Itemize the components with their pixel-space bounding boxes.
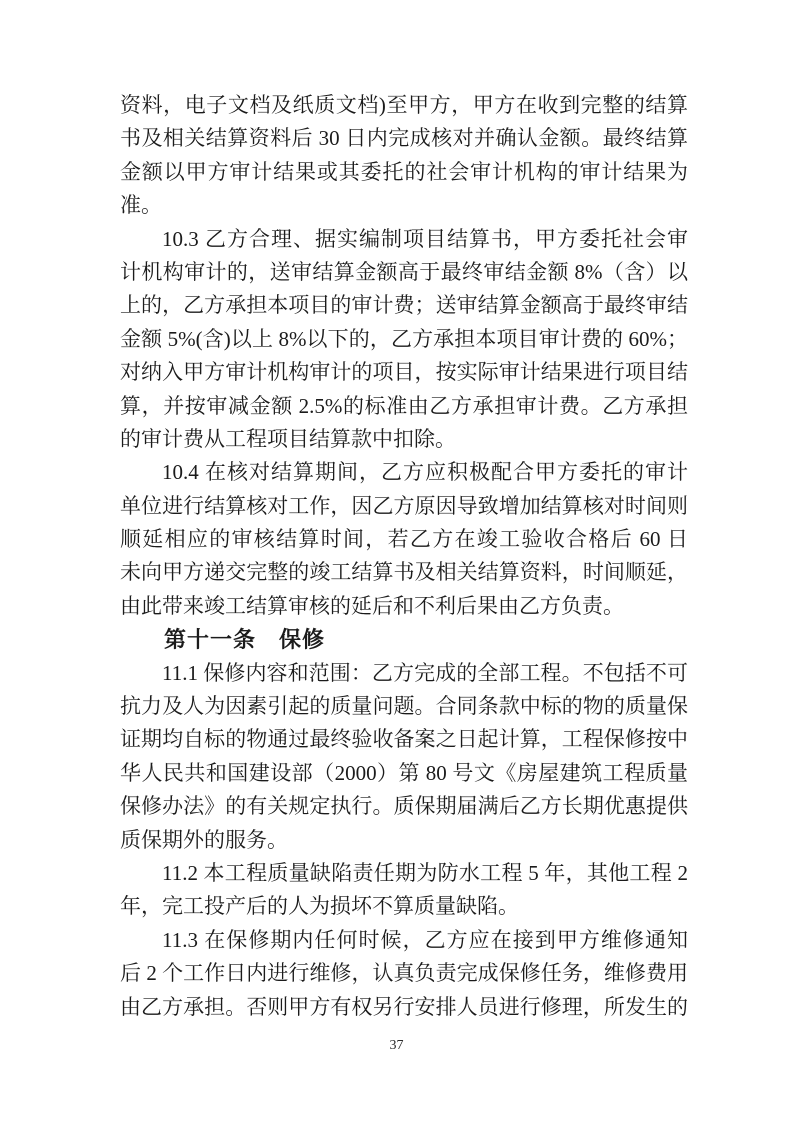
text-line: 保修办法》的有关规定执行。质保期届满后乙方长期优惠提供 bbox=[120, 790, 688, 823]
text-line: 准。 bbox=[120, 189, 688, 222]
text-line: 质保期外的服务。 bbox=[120, 824, 688, 857]
paragraph-clause-11-1: 11.1 保修内容和范围：乙方完成的全部工程。不包括不可 抗力及人为因素引起的质… bbox=[120, 657, 688, 857]
text-line: 11.1 保修内容和范围：乙方完成的全部工程。不包括不可 bbox=[120, 657, 688, 690]
page-number: 37 bbox=[0, 1038, 793, 1054]
text-line: 10.4 在核对结算期间，乙方应积极配合甲方委托的审计 bbox=[120, 456, 688, 489]
section-heading-article-11: 第十一条 保修 bbox=[120, 623, 688, 656]
document-page: { "doc": { "p1": { "lines": [ "资料，电子文档及纸… bbox=[0, 0, 793, 1122]
text-line: 金额 5%(含)以上 8%以下的，乙方承担本项目审计费的 60%； bbox=[120, 323, 688, 356]
text-block: 资料，电子文档及纸质文档)至甲方，甲方在收到完整的结算 书及相关结算资料后 30… bbox=[120, 89, 688, 1024]
text-line: 华人民共和国建设部（2000）第 80 号文《房屋建筑工程质量 bbox=[120, 757, 688, 790]
paragraph-clause-11-3: 11.3 在保修期内任何时候，乙方应在接到甲方维修通知 后 2 个工作日内进行维… bbox=[120, 924, 688, 1024]
text-line: 的审计费从工程项目结算款中扣除。 bbox=[120, 423, 688, 456]
text-line: 由乙方承担。否则甲方有权另行安排人员进行修理，所发生的 bbox=[120, 991, 688, 1024]
text-line: 11.2 本工程质量缺陷责任期为防水工程 5 年，其他工程 2 bbox=[120, 857, 688, 890]
text-line: 上的，乙方承担本项目的审计费；送审结算金额高于最终审结 bbox=[120, 289, 688, 322]
text-line: 书及相关结算资料后 30 日内完成核对并确认金额。最终结算 bbox=[120, 122, 688, 155]
paragraph-clause-10-2-continuation: 资料，电子文档及纸质文档)至甲方，甲方在收到完整的结算 书及相关结算资料后 30… bbox=[120, 89, 688, 223]
text-line: 顺延相应的审核结算时间，若乙方在竣工验收合格后 60 日内， bbox=[120, 523, 688, 556]
paragraph-clause-10-3: 10.3 乙方合理、据实编制项目结算书，甲方委托社会审 计机构审计的，送审结算金… bbox=[120, 223, 688, 457]
text-line: 金额以甲方审计结果或其委托的社会审计机构的审计结果为 bbox=[120, 156, 688, 189]
text-line: 11.3 在保修期内任何时候，乙方应在接到甲方维修通知 bbox=[120, 924, 688, 957]
text-line: 资料，电子文档及纸质文档)至甲方，甲方在收到完整的结算 bbox=[120, 89, 688, 122]
text-line: 年，完工投产后的人为损坏不算质量缺陷。 bbox=[120, 890, 688, 923]
text-line: 计机构审计的，送审结算金额高于最终审结金额 8%（含）以 bbox=[120, 256, 688, 289]
paragraph-clause-11-2: 11.2 本工程质量缺陷责任期为防水工程 5 年，其他工程 2 年，完工投产后的… bbox=[120, 857, 688, 924]
text-line: 证期均自标的物通过最终验收备案之日起计算，工程保修按中 bbox=[120, 723, 688, 756]
text-line: 抗力及人为因素引起的质量问题。合同条款中标的物的质量保 bbox=[120, 690, 688, 723]
text-line: 算，并按审减金额 2.5%的标准由乙方承担审计费。乙方承担 bbox=[120, 390, 688, 423]
text-line: 未向甲方递交完整的竣工结算书及相关结算资料，时间顺延， bbox=[120, 556, 688, 589]
text-line: 10.3 乙方合理、据实编制项目结算书，甲方委托社会审 bbox=[120, 223, 688, 256]
text-line: 由此带来竣工结算审核的延后和不利后果由乙方负责。 bbox=[120, 590, 688, 623]
text-line: 单位进行结算核对工作，因乙方原因导致增加结算核对时间则 bbox=[120, 490, 688, 523]
text-line: 对纳入甲方审计机构审计的项目，按实际审计结果进行项目结 bbox=[120, 356, 688, 389]
paragraph-clause-10-4: 10.4 在核对结算期间，乙方应积极配合甲方委托的审计 单位进行结算核对工作，因… bbox=[120, 456, 688, 623]
text-line: 后 2 个工作日内进行维修，认真负责完成保修任务，维修费用 bbox=[120, 957, 688, 990]
